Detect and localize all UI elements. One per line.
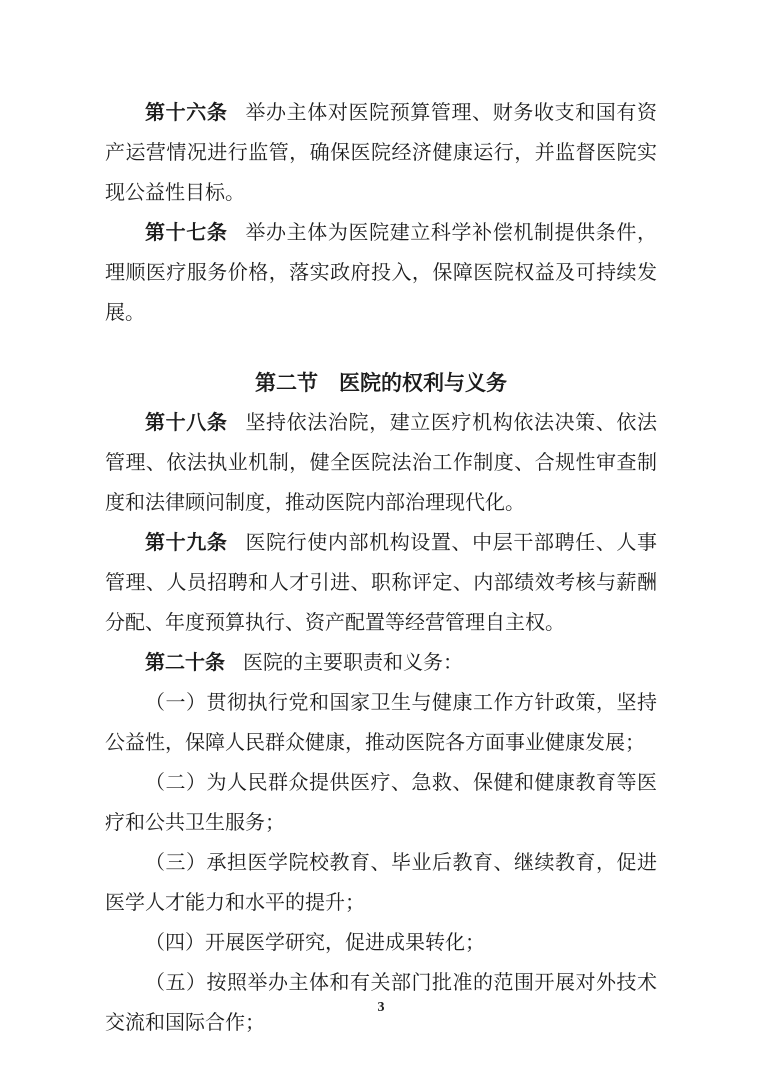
article-paragraph: 第十七条举办主体为医院建立科学补偿机制提供条件，理顺医疗服务价格，落实政府投入，… [105,213,657,333]
list-item-paragraph: （四）开展医学研究，促进成果转化； [105,923,657,963]
document-body: 第十六条举办主体对医院预算管理、财务收支和国有资产运营情况进行监管，确保医院经济… [105,93,657,1043]
list-item-paragraph: （一）贯彻执行党和国家卫生与健康工作方针政策，坚持公益性，保障人民群众健康，推动… [105,683,657,763]
article-paragraph: 第十八条坚持依法治院，建立医疗机构依法决策、依法管理、依法执业机制，健全医院法治… [105,403,657,523]
list-item-paragraph: （三）承担医学院校教育、毕业后教育、继续教育，促进医学人才能力和水平的提升； [105,843,657,923]
article-paragraph: 第十六条举办主体对医院预算管理、财务收支和国有资产运营情况进行监管，确保医院经济… [105,93,657,213]
article-paragraph: 第十九条医院行使内部机构设置、中层干部聘任、人事管理、人员招聘和人才引进、职称评… [105,523,657,643]
article-text: 医院的主要职责和义务： [243,652,463,674]
article-number: 第十七条 [145,222,227,244]
document-page: 第十六条举办主体对医院预算管理、财务收支和国有资产运营情况进行监管，确保医院经济… [0,0,762,1080]
list-item-paragraph: （二）为人民群众提供医疗、急救、保健和健康教育等医疗和公共卫生服务； [105,763,657,843]
section-heading: 第二节 医院的权利与义务 [105,363,657,403]
page-number: 3 [0,998,762,1018]
article-number: 第二十条 [145,652,225,674]
article-paragraph: 第二十条医院的主要职责和义务： [105,643,657,683]
article-number: 第十六条 [145,102,227,124]
article-number: 第十九条 [145,532,227,554]
article-number: 第十八条 [145,412,227,434]
